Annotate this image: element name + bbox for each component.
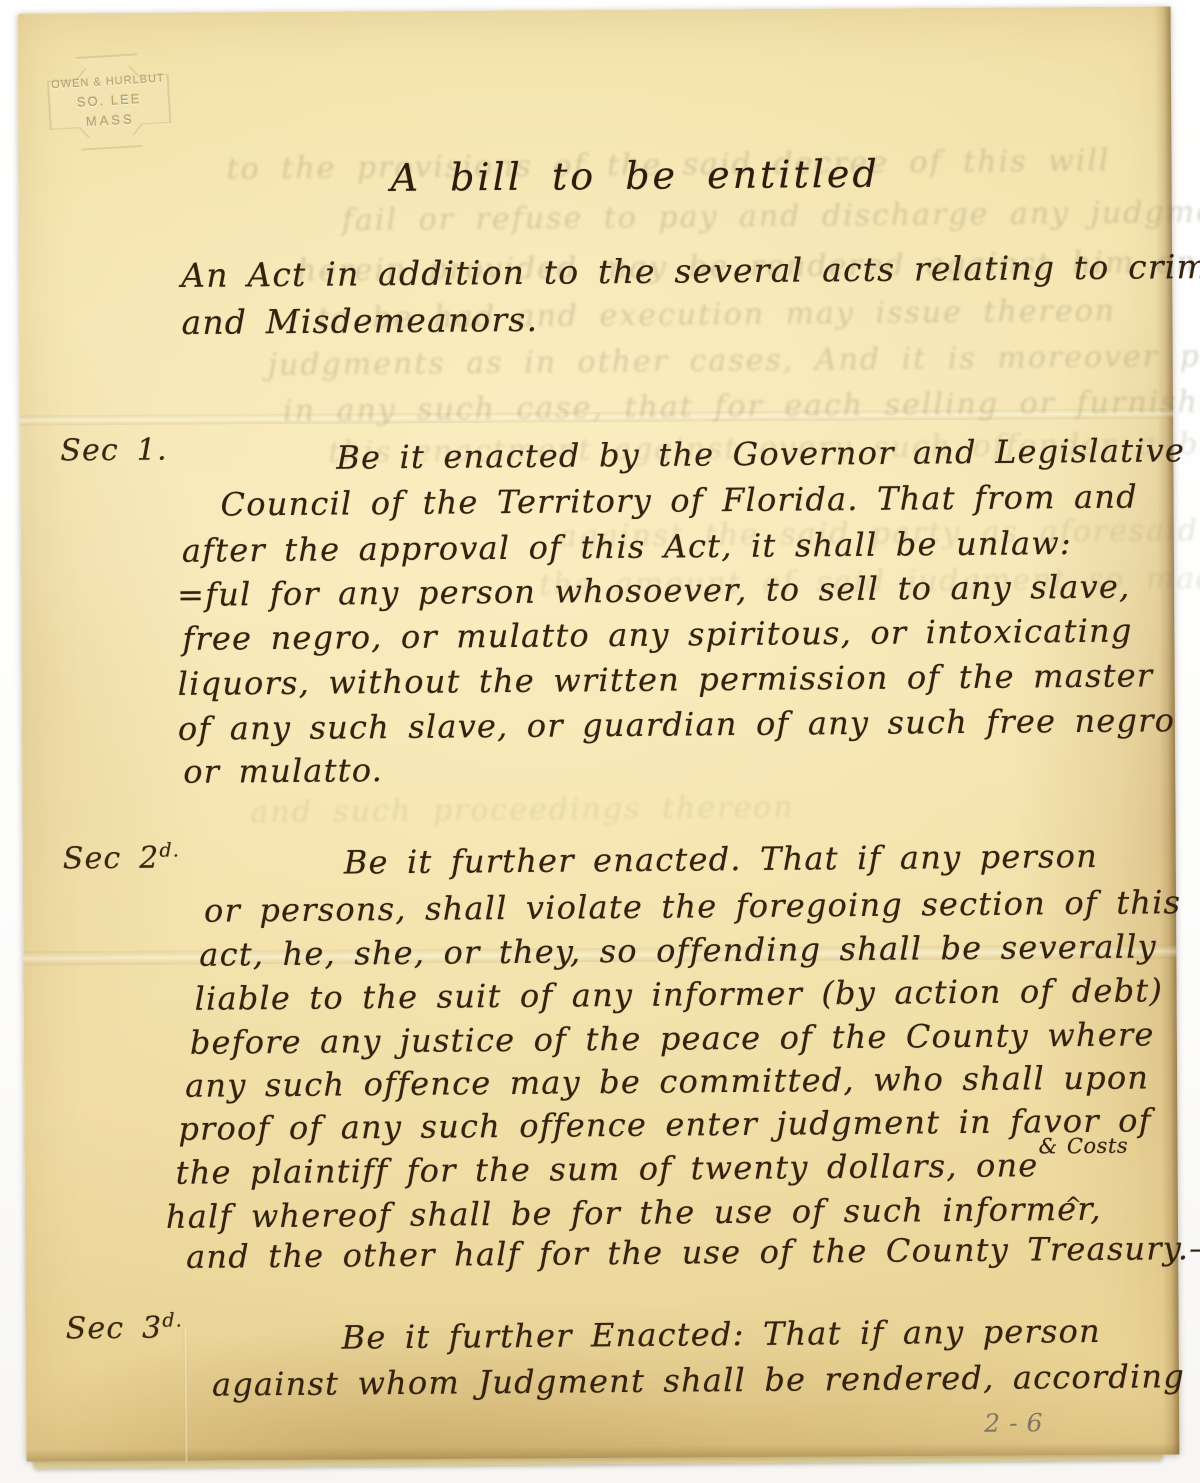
manuscript-line: =ful for any person whosoever, to sell t… <box>177 570 1131 614</box>
section-label-superscript: d. <box>159 839 180 861</box>
manuscript-line: act, he, she, or they, so offending shal… <box>199 929 1157 973</box>
document-subtitle-line: and Misdemeanors. <box>181 302 538 341</box>
pencil-annotation: 2-6 <box>984 1409 1052 1437</box>
manuscript-line: or persons, shall violate the foregoing … <box>204 885 1181 929</box>
manuscript-line: Be it further Enacted: That if any perso… <box>342 1314 1101 1356</box>
manuscript-line: of any such slave, or guardian of any su… <box>178 703 1175 747</box>
manuscript-line: after the approval of this Act, it shall… <box>182 526 1072 569</box>
embossed-papermill-stamp: OWEN & HURLBUT SO. LEE MASS <box>45 51 172 152</box>
section-label-text: Sec 2 <box>63 841 160 877</box>
section-2-label: Sec 2d. <box>63 840 181 875</box>
stamp-line: SO. LEE <box>76 91 141 110</box>
document-subtitle-line: An Act in addition to the several acts r… <box>181 249 1200 295</box>
scanned-manuscript: { "document": { "title": "A bill to be e… <box>0 0 1200 1483</box>
manuscript-line: Be it enacted by the Governor and Legisl… <box>336 433 1185 476</box>
stamp-text: OWEN & HURLBUT SO. LEE MASS <box>45 51 172 152</box>
bleedthrough-line: judgments as in other cases, And it is m… <box>268 338 1200 383</box>
section-label-text: Sec 1. <box>60 432 168 468</box>
section-label-superscript: d. <box>162 1309 183 1331</box>
manuscript-line: proof of any such offence enter judgment… <box>178 1103 1152 1147</box>
manuscript-line: half whereof shall be for the use of suc… <box>166 1192 1102 1235</box>
bleedthrough-line: in any such case, that for each selling … <box>283 384 1200 428</box>
manuscript-line: Council of the Territory of Florida. Tha… <box>220 480 1138 523</box>
fold-crease-vertical <box>184 1328 189 1463</box>
document-title: A bill to be entitled <box>390 154 879 200</box>
stamp-line: OWEN & HURLBUT <box>51 73 165 92</box>
section-3-label: Sec 3d. <box>65 1310 183 1345</box>
bleedthrough-line: and such proceedings thereon <box>250 790 794 830</box>
manuscript-line: liquors, without the written permission … <box>178 658 1154 702</box>
manuscript-line: or mulatto. <box>183 753 383 790</box>
manuscript-line: and the other half for the use of the Co… <box>186 1231 1200 1275</box>
manuscript-line: Be it further enacted. That if any perso… <box>344 839 1098 881</box>
bleedthrough-line: fail or refuse to pay and discharge any … <box>342 194 1200 238</box>
section-1-label: Sec 1. <box>60 432 168 467</box>
manuscript-line: the plaintiff for the sum of twenty doll… <box>176 1148 1039 1191</box>
manuscript-line: before any justice of the peace of the C… <box>190 1017 1155 1061</box>
section-label-text: Sec 3 <box>65 1311 162 1347</box>
manuscript-line: liable to the suit of any informer (by a… <box>194 973 1163 1017</box>
interlinear-insertion: & Costs <box>1038 1135 1128 1159</box>
bleedthrough-text: to the provisions of the said decree of … <box>18 6 1171 13</box>
stamp-line: MASS <box>85 112 135 130</box>
manuscript-line: against whom Judgment shall be rendered,… <box>212 1359 1185 1403</box>
manuscript-line: free negro, or mulatto any spiritous, or… <box>182 613 1132 656</box>
manuscript-line: any such offence may be committed, who s… <box>185 1060 1149 1104</box>
manuscript-paper-sheet: OWEN & HURLBUT SO. LEE MASS to the provi… <box>18 6 1180 1461</box>
